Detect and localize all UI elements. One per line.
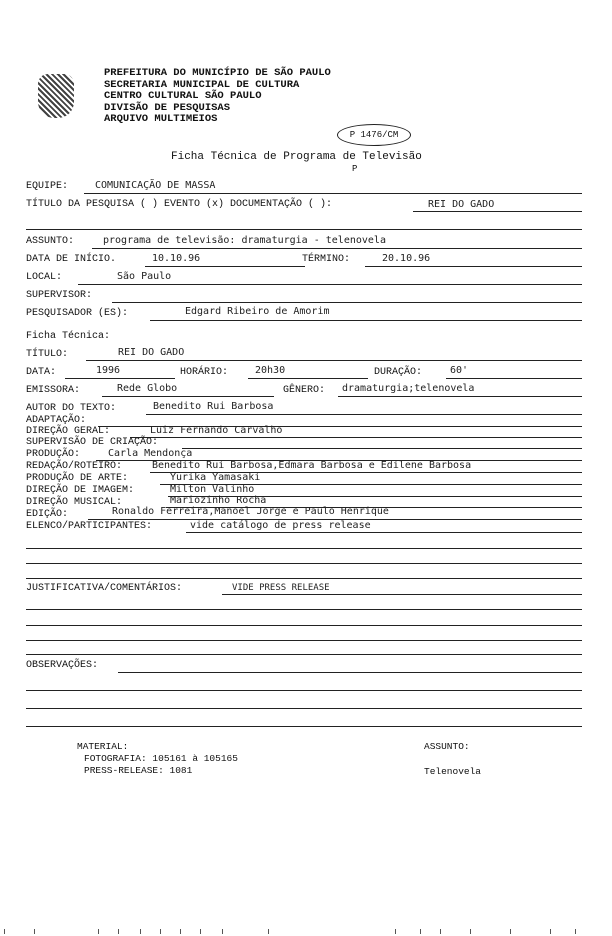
- ficha-direcao-musical-value: Mariozinho Rocha: [170, 495, 266, 506]
- header-line-5: ARQUIVO MULTIMEIOS: [104, 114, 331, 126]
- footer-assunto-value: Telenovela: [424, 766, 481, 777]
- ficha-autor-value: Benedito Rui Barbosa: [153, 401, 273, 412]
- ficha-edicao-label: EDIÇÃO:: [26, 509, 68, 520]
- header-line-1: PREFEITURA DO MUNICÍPIO DE SÃO PAULO: [104, 68, 331, 80]
- ficha-direcao-imagem-value: Milton Valinho: [170, 484, 254, 495]
- local-value: São Paulo: [117, 271, 171, 282]
- titulo-pesquisa-value: REI DO GADO: [428, 199, 494, 210]
- ficha-redacao-value: Benedito Rui Barbosa,Edmara Barbosa e Ed…: [152, 460, 471, 471]
- ficha-adaptacao-label: ADAPTAÇÃO:: [26, 415, 86, 426]
- pesquisador-value: Edgard Ribeiro de Amorim: [185, 306, 330, 317]
- ficha-data-label: DATA:: [26, 367, 56, 378]
- ficha-titulo-label: TÍTULO:: [26, 349, 68, 360]
- ficha-duracao-value: 60': [450, 365, 468, 376]
- ficha-direcao-geral-value: Luiz Fernando Carvalho: [150, 425, 282, 436]
- supervisor-label: SUPERVISOR:: [26, 290, 92, 301]
- termino-label: TÉRMINO:: [302, 254, 350, 265]
- pesquisador-label: PESQUISADOR (ES):: [26, 308, 128, 319]
- title-mark: P: [352, 164, 357, 174]
- ficha-emissora-value: Rede Globo: [117, 383, 177, 394]
- footer-assunto-label: ASSUNTO:: [424, 741, 470, 752]
- ficha-genero-value: dramaturgia;telenovela: [342, 383, 474, 394]
- ficha-supervisao-label: SUPERVISÃO DE CRIAÇÃO:: [26, 437, 158, 448]
- data-inicio-value: 10.10.96: [152, 253, 200, 264]
- ficha-direcao-imagem-label: DIREÇÃO DE IMAGEM:: [26, 485, 134, 496]
- ficha-duracao-label: DURAÇÃO:: [374, 367, 422, 378]
- ficha-emissora-label: EMISSORA:: [26, 385, 80, 396]
- ficha-redacao-label: REDAÇÃO/ROTEIRO:: [26, 461, 122, 472]
- ficha-autor-label: AUTOR DO TEXTO:: [26, 403, 116, 414]
- local-label: LOCAL:: [26, 272, 62, 283]
- equipe-value: COMUNICAÇÃO DE MASSA: [95, 180, 215, 191]
- ficha-elenco-value: vide catálogo de press release: [190, 520, 371, 531]
- ficha-data-value: 1996: [96, 365, 120, 376]
- ficha-edicao-value: Ronaldo Ferreira,Manoel Jorge e Paulo He…: [112, 506, 389, 517]
- equipe-label: EQUIPE:: [26, 181, 68, 192]
- coat-of-arms-logo: [38, 74, 74, 118]
- header-line-3: CENTRO CULTURAL SÃO PAULO: [104, 91, 331, 103]
- fotografia-text: FOTOGRAFIA: 105161 à 105165: [84, 753, 238, 764]
- termino-value: 20.10.96: [382, 253, 430, 264]
- ficha-producao-value: Carla Mendonça: [108, 448, 192, 459]
- ficha-elenco-label: ELENCO/PARTICIPANTES:: [26, 521, 152, 532]
- ficha-producao-label: PRODUÇÃO:: [26, 449, 80, 460]
- assunto-label: ASSUNTO:: [26, 236, 74, 247]
- ficha-genero-label: GÊNERO:: [283, 385, 325, 396]
- document-title: Ficha Técnica de Programa de Televisão: [171, 151, 422, 163]
- ficha-producao-arte-label: PRODUÇÃO DE ARTE:: [26, 473, 128, 484]
- ficha-horario-value: 20h30: [255, 365, 285, 376]
- data-inicio-label: DATA DE INÍCIO.: [26, 254, 116, 265]
- ficha-heading: Ficha Técnica:: [26, 331, 110, 342]
- catalog-stamp: P 1476/CM: [337, 124, 411, 146]
- ficha-direcao-musical-label: DIREÇÃO MUSICAL:: [26, 497, 122, 508]
- ficha-horario-label: HORÁRIO:: [180, 367, 228, 378]
- observacoes-label: OBSERVAÇÕES:: [26, 660, 98, 671]
- justificativa-label: JUSTIFICATIVA/COMENTÁRIOS:: [26, 583, 182, 594]
- ficha-titulo-value: REI DO GADO: [118, 347, 184, 358]
- ficha-direcao-geral-label: DIREÇÃO GERAL:: [26, 426, 110, 437]
- titulo-pesquisa-label: TÍTULO DA PESQUISA ( ) EVENTO (x) DOCUME…: [26, 199, 332, 210]
- press-release-text: PRESS-RELEASE: 1081: [84, 765, 192, 776]
- justificativa-value: VIDE PRESS RELEASE: [232, 583, 330, 593]
- institution-header: PREFEITURA DO MUNICÍPIO DE SÃO PAULO SEC…: [104, 68, 331, 126]
- assunto-value: programa de televisão: dramaturgia - tel…: [103, 235, 386, 246]
- ficha-producao-arte-value: Yurika Yamasaki: [170, 472, 260, 483]
- material-label: MATERIAL:: [77, 741, 128, 752]
